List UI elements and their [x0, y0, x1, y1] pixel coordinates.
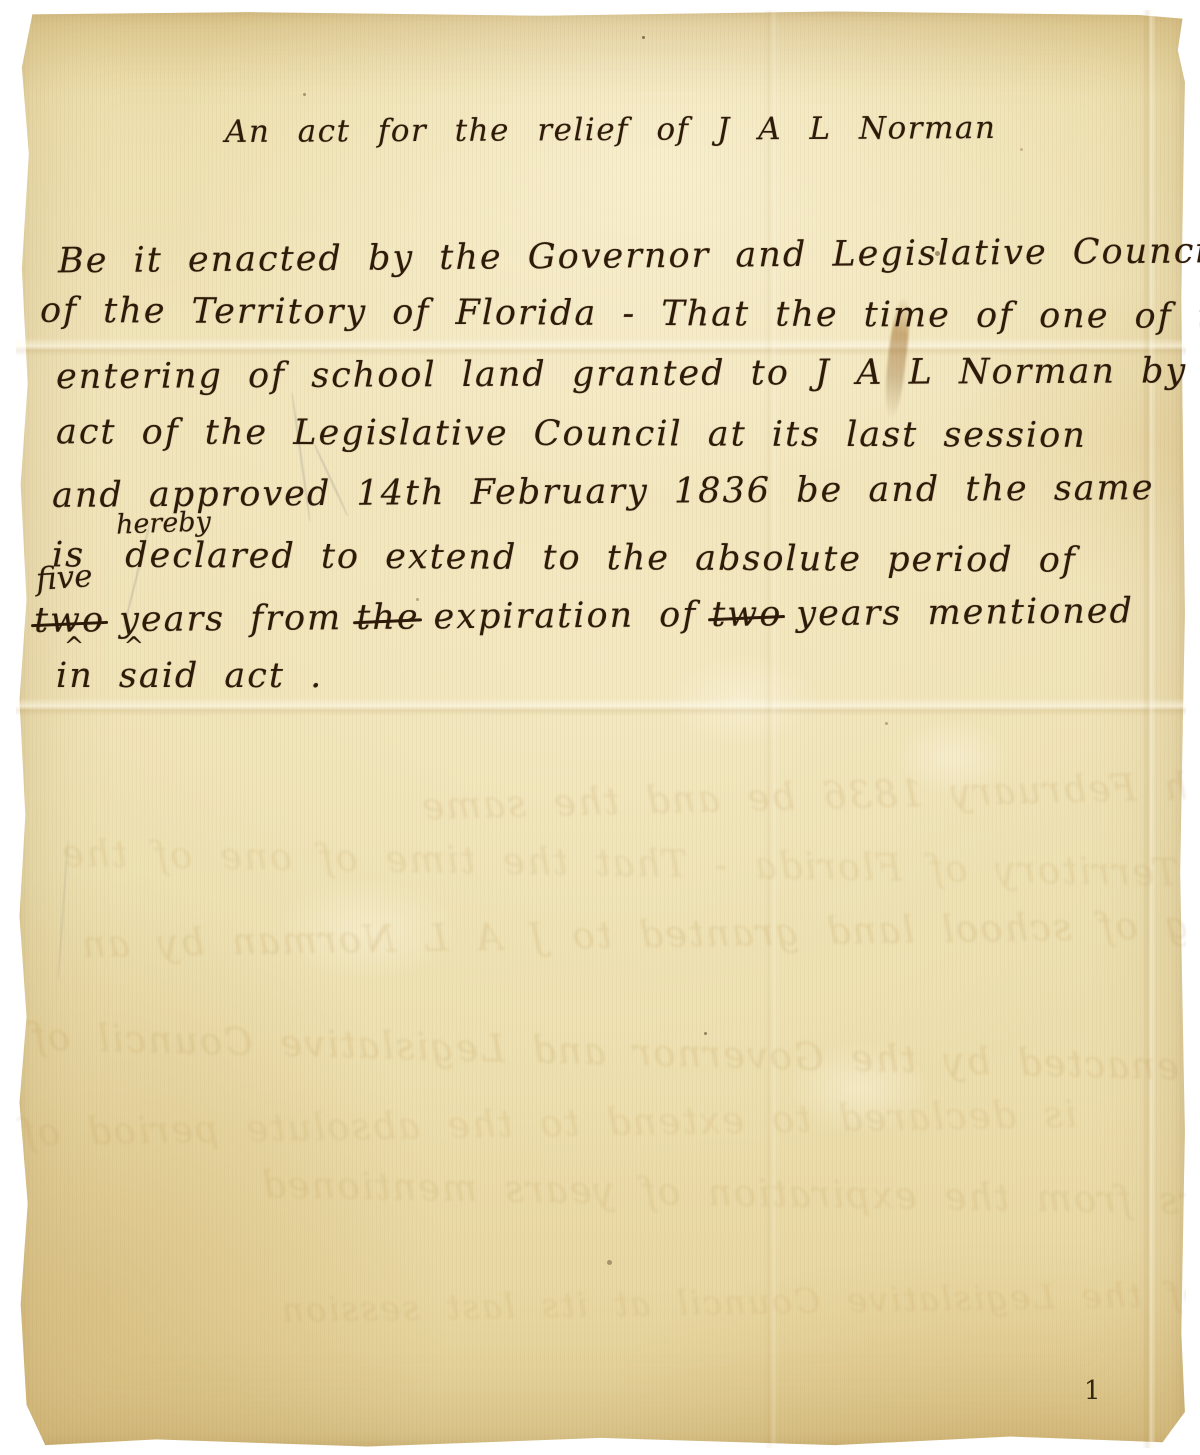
manuscript-line: and approved 14th February 1836 be and t… — [52, 468, 1155, 516]
manuscript-phrase: declared to extend to the absolute perio… — [125, 536, 1077, 581]
struck-word: two — [711, 594, 782, 635]
manuscript-phrase: years mentioned — [796, 591, 1134, 634]
manuscript-line: Be it enacted by the Governor and Legisl… — [58, 231, 1200, 282]
interlined-insertion-five: five — [35, 558, 94, 598]
manuscript-line: of the Territory of Florida - That the t… — [40, 291, 1200, 337]
manuscript-phrase: expiration of — [433, 595, 697, 637]
manuscript-line: in said act . — [56, 656, 323, 696]
manuscript-line: twoyears fromtheexpiration oftwoyears me… — [34, 591, 1148, 641]
act-title-line: An act for the relief of J A L Norman — [225, 110, 997, 150]
page-number: 1 — [1084, 1376, 1101, 1406]
manuscript-line: isdeclared to extend to the absolute per… — [52, 535, 1077, 580]
manuscript-line: act of the Legislative Council at its la… — [56, 412, 1087, 456]
handwriting-layer: An act for the relief of J A L Norman Be… — [0, 0, 1200, 1455]
scanned-document-page: and approved 14th February 1836 be and t… — [0, 0, 1200, 1455]
manuscript-line: entering of school land granted to J A L… — [56, 351, 1200, 397]
struck-word: the — [356, 597, 420, 638]
